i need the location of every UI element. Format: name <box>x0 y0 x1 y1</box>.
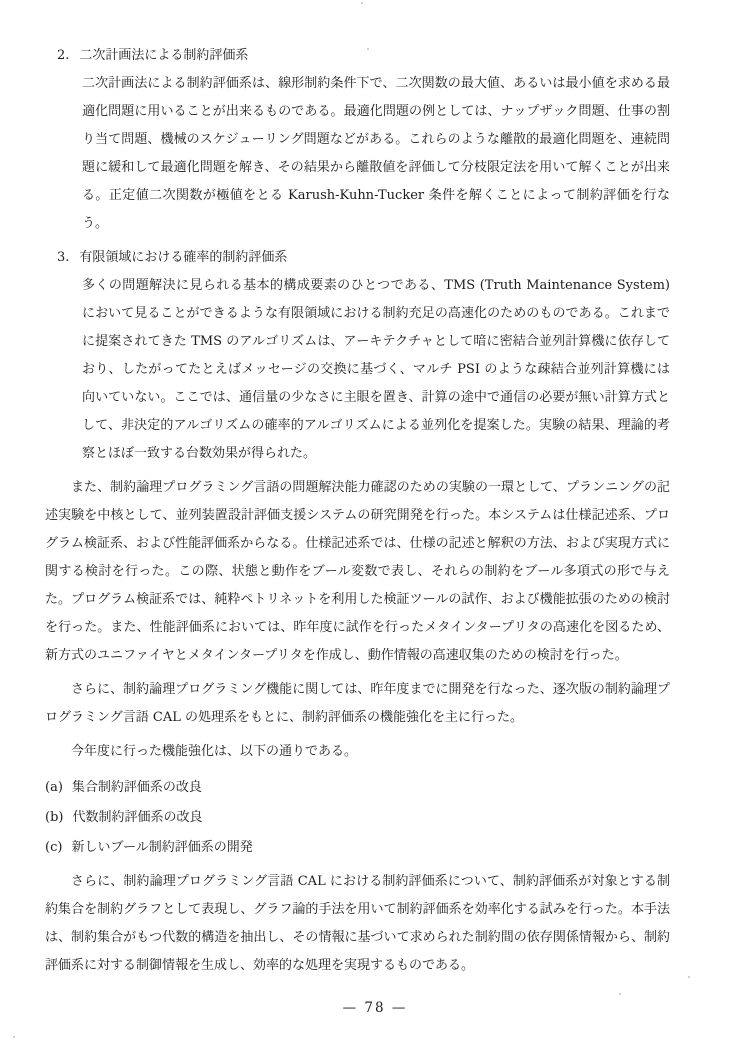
section-heading: 2. 二次計画法による制約評価系 <box>45 42 670 70</box>
paragraph-constraint-graph: さらに、制約論理プログラミング言語 CAL における制約評価系について、制約評価… <box>45 868 670 980</box>
scan-speck <box>619 993 621 995</box>
paragraph-enhancement-intro: 今年度に行った機能強化は、以下の通りである。 <box>45 738 670 766</box>
section-number: 2. <box>57 42 69 70</box>
list-item-marker: (a) <box>45 780 63 795</box>
list-item: (c)新しいブール制約評価系の開発 <box>45 834 670 862</box>
list-item-label: 集合制約評価系の改良 <box>72 780 202 795</box>
section-body: 二次計画法による制約評価系は、線形制約条件下で、二次関数の最大値、あるいは最小値… <box>82 70 670 238</box>
list-item-marker: (c) <box>45 840 62 855</box>
enhancement-list: (a)集合制約評価系の改良 (b)代数制約評価系の改良 (c)新しいブール制約評… <box>45 774 670 862</box>
section-title: 二次計画法による制約評価系 <box>79 42 248 70</box>
section-heading: 3. 有限領域における確率的制約評価系 <box>45 244 670 272</box>
section-title: 有限領域における確率的制約評価系 <box>79 244 287 272</box>
list-item-marker: (b) <box>45 810 63 825</box>
list-item-label: 新しいブール制約評価系の開発 <box>71 840 252 855</box>
page-number: — 78 — <box>343 1000 408 1016</box>
section-number: 3. <box>57 244 69 272</box>
list-item-label: 代数制約評価系の改良 <box>72 810 202 825</box>
scan-speck <box>367 48 369 50</box>
page-footer: — 78 — <box>0 1000 750 1016</box>
section-quadratic-programming: 2. 二次計画法による制約評価系 二次計画法による制約評価系は、線形制約条件下で… <box>45 42 670 238</box>
section-body: 多くの問題解決に見られる基本的構成要素のひとつである、TMS (Truth Ma… <box>82 272 670 468</box>
scan-speck <box>361 2 363 4</box>
list-item: (a)集合制約評価系の改良 <box>45 774 670 802</box>
scan-speck <box>688 976 690 978</box>
document-content: 2. 二次計画法による制約評価系 二次計画法による制約評価系は、線形制約条件下で… <box>45 42 670 980</box>
paragraph-planning-experiment: また、制約論理プログラミング言語の問題解決能力確認のための実験の一環として、プラ… <box>45 474 670 670</box>
scan-speck <box>13 1036 15 1038</box>
document-page: 2. 二次計画法による制約評価系 二次計画法による制約評価系は、線形制約条件下で… <box>0 0 750 1054</box>
paragraph-cal-enhancement: さらに、制約論理プログラミング機能に関しては、昨年度までに開発を行なった、逐次版… <box>45 676 670 732</box>
section-stochastic-constraint: 3. 有限領域における確率的制約評価系 多くの問題解決に見られる基本的構成要素の… <box>45 244 670 468</box>
list-item: (b)代数制約評価系の改良 <box>45 804 670 832</box>
